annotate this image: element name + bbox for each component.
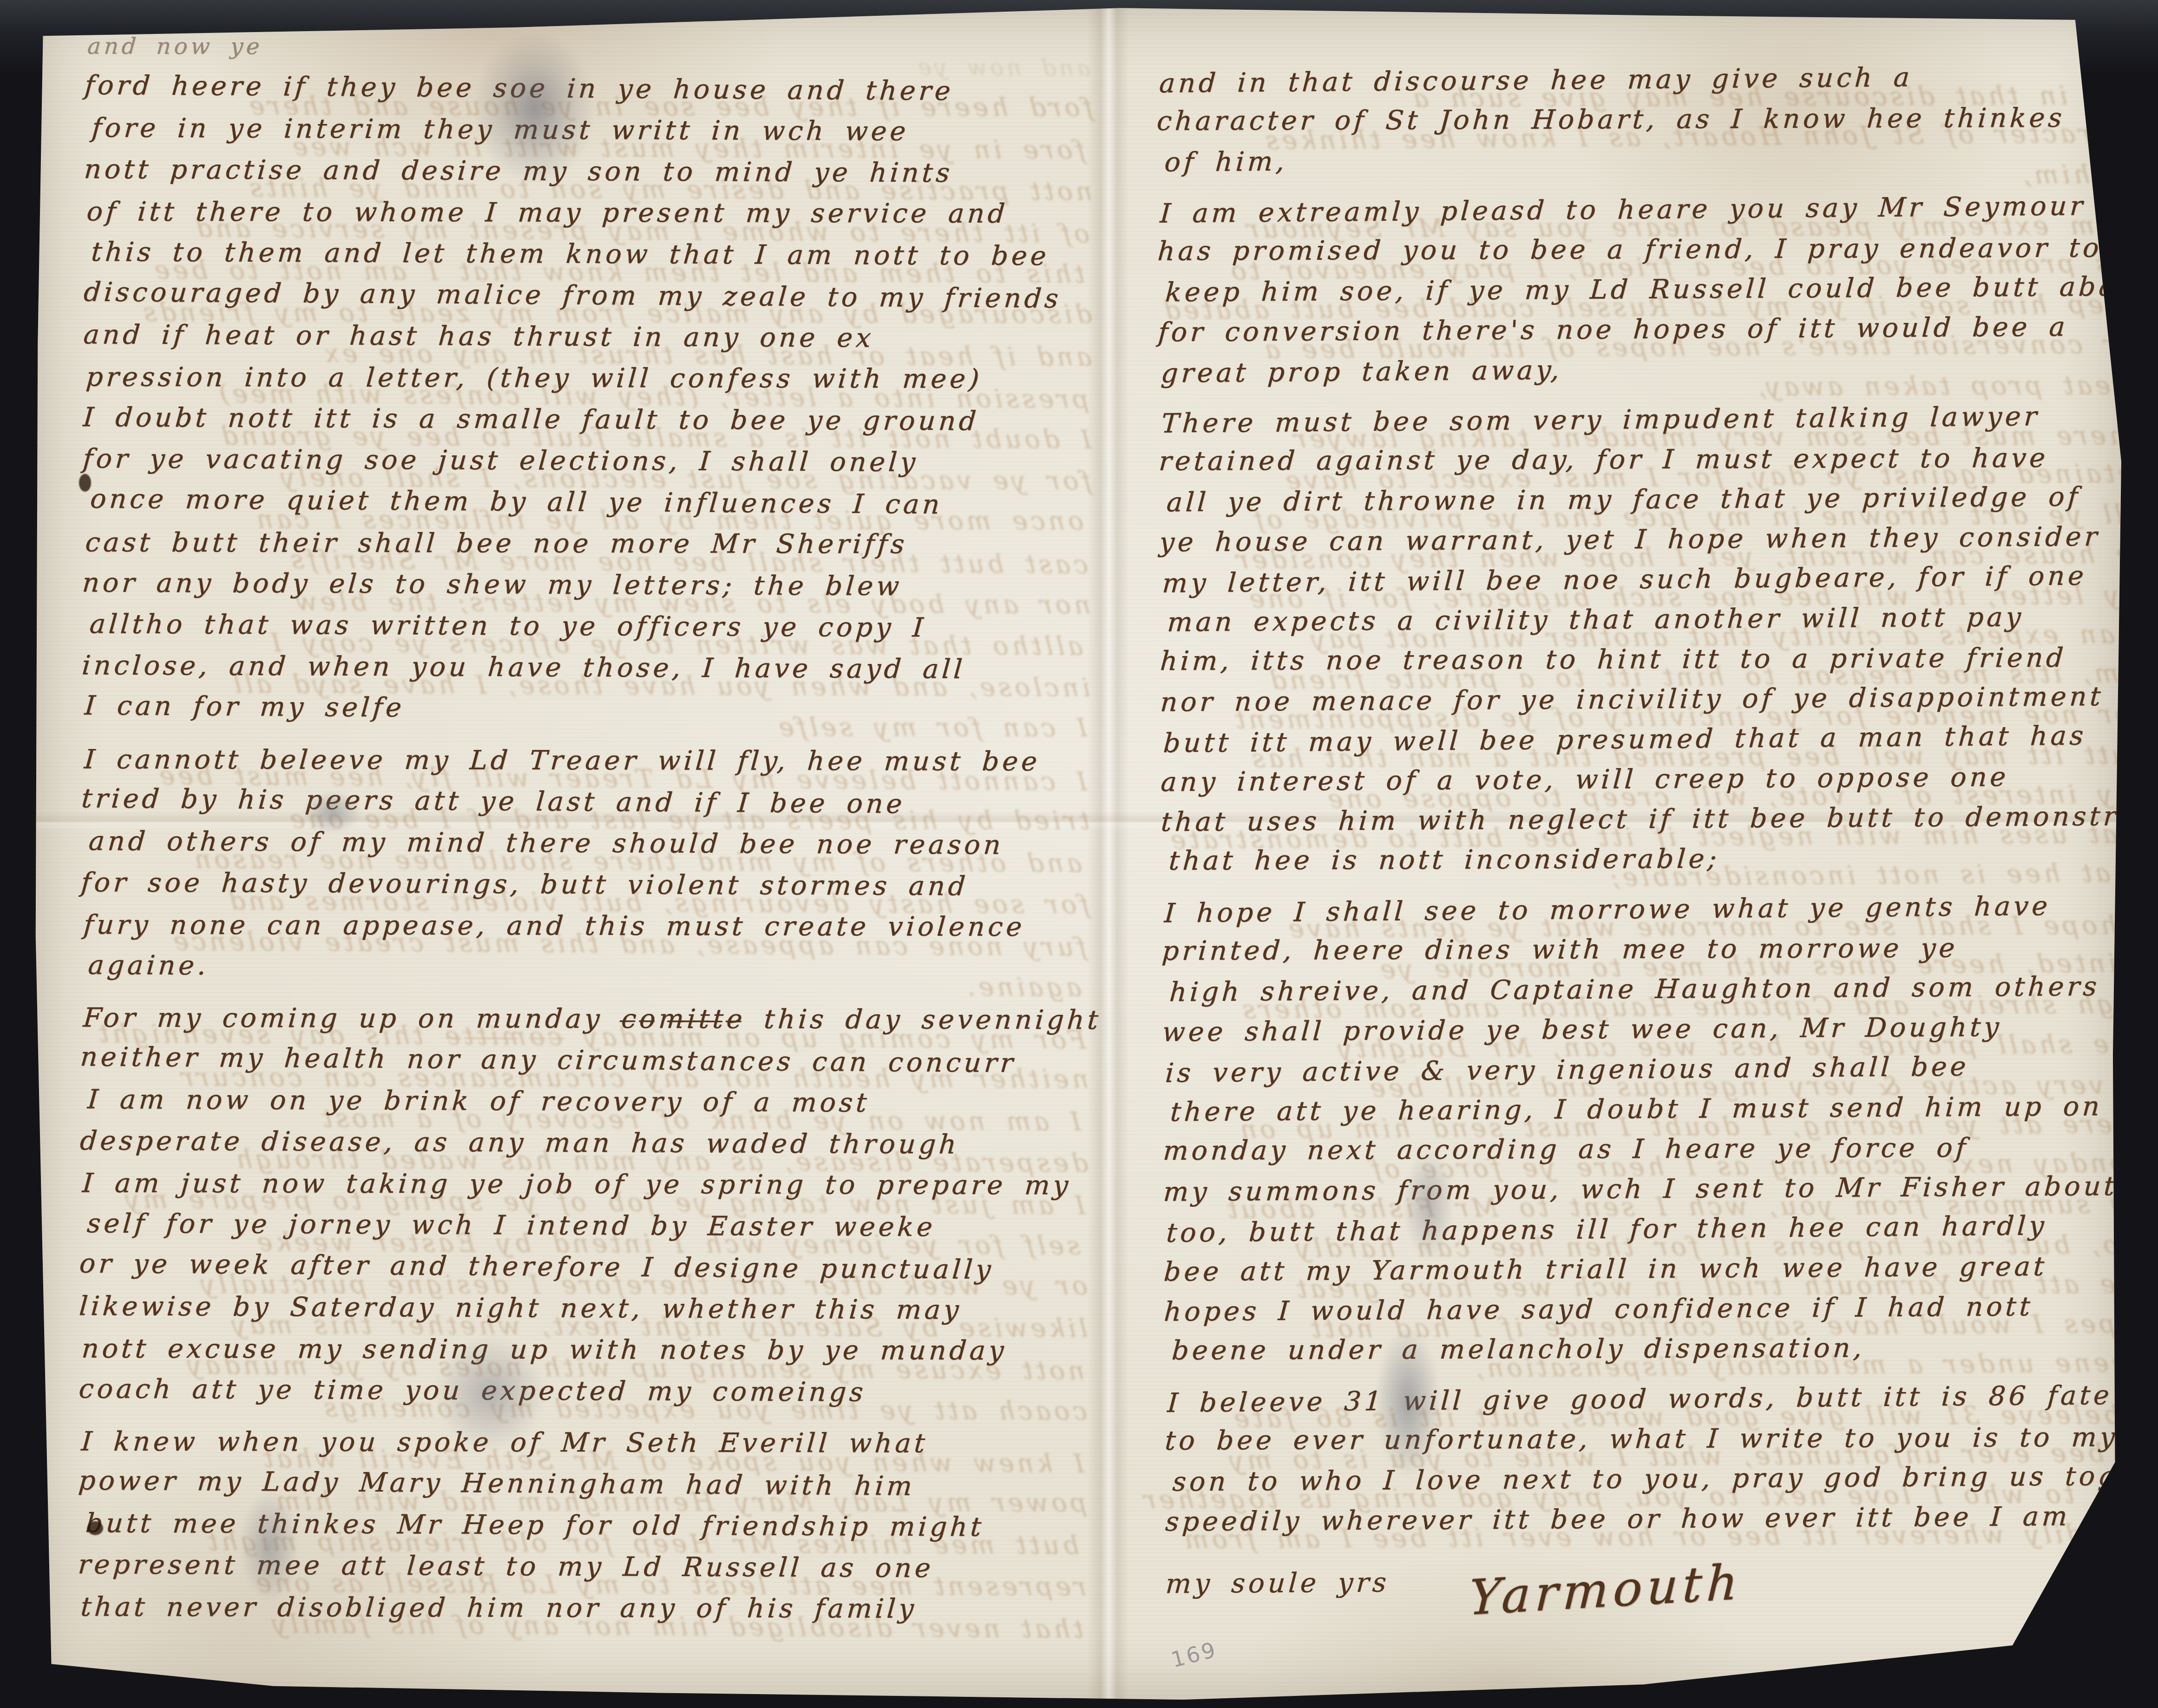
manuscript-line: self for ye jorney wch I intend by Easte… [85,1203,1089,1248]
manuscript-line: and others of my mind there should bee n… [87,821,1091,866]
manuscript-line: character of St John Hobart, as I know h… [1155,98,2147,141]
manuscript-line: likewise by Saterday night next, whether… [78,1286,1089,1331]
manuscript-line: I can for my selfe [83,685,1091,734]
manuscript-line: I beleeve 31 will give good words, butt … [1166,1375,2156,1423]
manuscript-line: once more quiet them by all ye influence… [89,479,1092,527]
letter-text-right: and in that discourse hee may give such … [1156,57,2156,1689]
manuscript-line: retained against ye day, for I must expe… [1158,438,2150,481]
manuscript-line: I knew when you spoke of Mr Seth Everill… [80,1421,1089,1465]
manuscript-line: that never disobliged him nor any of his… [79,1587,1088,1630]
manuscript-line: my summons from you, wch I sent to Mr Fi… [1162,1166,2154,1212]
manuscript-paragraph: and in that discourse hee may give such … [1156,57,2147,183]
manuscript-line: nor noe menace for ye incivility of ye d… [1159,676,2151,722]
manuscript-line: for conversion there's noe hopes of itt … [1157,306,2149,352]
manuscript-line: of him, [1163,137,2148,183]
manuscript-line: has promised you to bee a friend, I pray… [1156,228,2148,271]
manuscript-line: For my coming up on munday c̶o̶m̶i̶t̶t̶e… [82,998,1090,1041]
manuscript-line: butt mee thinkes Mr Heep for old friends… [84,1503,1088,1548]
manuscript-line: tried by his peers att ye last and if I … [80,778,1091,827]
manuscript-paragraph: I am extreamly pleasd to heare you say M… [1157,187,2148,393]
manuscript-line: pression into a letter, (they will confe… [85,357,1093,401]
photograph-background: and now yeford heere if they bee soe in … [0,0,2158,1708]
manuscript-line: hopes I would have sayd confidence if I … [1163,1286,2155,1332]
letter-page-right: and in that discourse hee may give such … [1156,57,2156,1689]
manuscript-line: high shreive, and Captaine Haughton and … [1168,966,2153,1012]
manuscript-line: I am extreamly pleasd to heare you say M… [1159,185,2149,233]
manuscript-line: son to who I love next to you, pray god … [1171,1456,2156,1502]
manuscript-line: inclose, and when you have those, I have… [80,645,1092,690]
manuscript-line: for ye vacating soe just elections, I sh… [81,438,1093,484]
manuscript-line: represent mee att least to my Ld Russell… [77,1544,1088,1590]
manuscript-line: alltho that was written to ye officers y… [88,604,1092,649]
manuscript-line: cast butt their shall bee noe more Mr Sh… [84,522,1093,566]
ink-blot [79,474,91,492]
manuscript-line: keep him soe, if ye my Ld Russell could … [1164,267,2149,313]
manuscript-line: all ye dirt throwne in my face that ye p… [1165,476,2150,522]
manuscript-line: fury none can appease, and this must cre… [82,905,1091,948]
manuscript-line: beene under a melancholy dispensation, [1171,1327,2155,1371]
manuscript-line: and now ye [86,26,1095,70]
manuscript-line: great prop taken away, [1160,345,2150,393]
manuscript-line: to bee ever unfortunate, what I write to… [1164,1417,2156,1461]
manuscript-line: againe. [87,945,1091,990]
manuscript-line: butt itt may well bee presumed that a ma… [1162,715,2151,763]
manuscript-line: ford heere if they bee soe in ye house a… [83,65,1094,113]
letter-page-left: and now yeford heere if they bee soe in … [78,25,1093,1674]
manuscript-line: my letter, itt will bee noe such bugbear… [1161,555,2151,603]
manuscript-paragraph: I hope I shall see to morrowe what ye ge… [1161,886,2154,1372]
ink-blot [87,1521,103,1535]
manuscript-line: any interest of a vote, will creep to op… [1160,756,2151,802]
manuscript-line: speedily wherever itt bee or how ever it… [1164,1496,2156,1542]
manuscript-line: I doubt nott itt is a smalle fault to be… [82,397,1093,442]
manuscript-line: I cannott beleeve my Ld Treaer will fly,… [83,739,1091,783]
letter-closing: my soule yrs [1165,1567,1391,1600]
manuscript-line: him, itts noe treason to hint itt to a p… [1159,637,2151,681]
manuscript-line: discouraged by any malice from my zeale … [82,272,1093,320]
manuscript-line: There must bee som very impudent talking… [1160,395,2150,443]
manuscript-line: ye house can warrant, yet I hope when th… [1158,516,2150,562]
manuscript-paragraph: I beleeve 31 will give good words, butt … [1165,1376,2155,1542]
manuscript-line: or ye week after and therefore I designe… [78,1243,1089,1292]
manuscript-paragraph: For my coming up on munday c̶o̶m̶i̶t̶t̶e… [79,996,1089,1414]
letter-sheet: and now yeford heere if they bee soe in … [33,4,2125,1700]
manuscript-line: and if heat or hast has thrust in any on… [82,314,1094,360]
manuscript-line: I am just now taking ye job of ye spring… [81,1163,1089,1207]
manuscript-line: neither my health nor any circumstances … [79,1037,1090,1085]
center-fold-crease [1087,4,1129,1700]
manuscript-line: this to them and let them know that I am… [90,231,1094,277]
manuscript-line: nott practise and desire my son to mind … [83,149,1094,194]
manuscript-line: that uses him with neglect if itt bee bu… [1160,796,2152,842]
manuscript-line: that hee is nott inconsiderable; [1168,837,2152,881]
manuscript-line: and in that discourse hee may give such … [1158,55,2148,103]
manuscript-paragraph: I knew when you spoke of Mr Seth Everill… [78,1420,1087,1631]
manuscript-paragraph: There must bee som very impudent talking… [1159,397,2151,882]
manuscript-line: of itt there to whome I may present my s… [85,191,1094,235]
manuscript-line: too, butt that happens ill for then hee … [1165,1205,2155,1253]
manuscript-paragraph: and now yeford heere if they bee soe in … [82,25,1093,732]
manuscript-line: power my Lady Mary Henningham had with h… [77,1460,1088,1509]
manuscript-line: there att ye hearing, I doubt I must sen… [1169,1086,2153,1132]
manuscript-line: bee att my Yarmouth triall in wch wee ha… [1162,1246,2154,1292]
manuscript-line: I hope I shall see to morrowe what ye ge… [1163,885,2153,933]
manuscript-paragraph: I cannott beleeve my Ld Treaer will fly,… [81,738,1090,990]
letter-closing-row: my soule yrs Yarmouth [1166,1564,1743,1621]
manuscript-line: man expects a civility that another will… [1166,596,2151,642]
manuscript-line: wee shall provide ye best wee can, Mr Do… [1161,1006,2153,1052]
manuscript-line: I am now on ye brink of recovery of a mo… [86,1079,1090,1124]
manuscript-line: coach att ye time you expected my comein… [78,1368,1089,1414]
manuscript-line: desperate disease, as any man has waded … [79,1120,1090,1166]
manuscript-line: fore in ye interim they must writt in wc… [90,107,1094,153]
manuscript-line: for soe hasty devourings, butt violent s… [79,862,1091,907]
letter-text-left: and now yeford heere if they bee soe in … [78,25,1093,1674]
manuscript-line: monday next according as I heare ye forc… [1162,1127,2154,1171]
manuscript-line: printed, heere dines with mee to morrowe… [1161,927,2152,971]
manuscript-line: is very active & very ingenious and shal… [1164,1045,2154,1093]
manuscript-line: nott excuse my sending up with notes by … [80,1328,1089,1372]
manuscript-line: nor any body els to shew my letters; the… [81,562,1092,608]
